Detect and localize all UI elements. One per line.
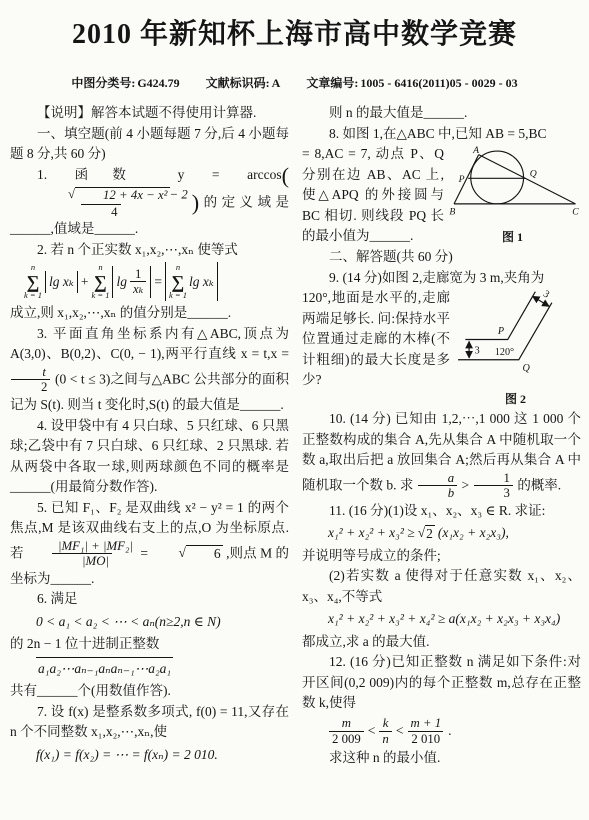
abs-term-1: lg xₖ <box>45 271 78 294</box>
p1-fraction: √12 + 4x − x²− 24 <box>11 187 191 220</box>
corridor-figure: 3 3 120° P Q <box>454 288 578 380</box>
problem-9-text: 120°,地面是水平的,走廊两端足够长. 问:保持水平位置通过走廊的木棒(不计粗… <box>302 288 450 391</box>
sum-lower: k = 1 <box>91 291 109 300</box>
lhs: x₁² + x₂² + x₃² ≥ <box>328 523 415 544</box>
summation: n∑k = 1 <box>24 263 42 300</box>
less-than-sign: < <box>368 721 376 742</box>
problem-11-inequality-2: x₁² + x₂² + x₃² + x₄² ≥ a(x₁x₂ + x₂x₃ + … <box>302 609 581 630</box>
clc-value: G424.79 <box>137 76 179 90</box>
left-paren: ( <box>282 163 289 188</box>
clc-label: 中图分类号: <box>71 76 135 90</box>
problem-7: 7. 设 f(x) 是整系数多项式, f(0) = 11,又存在 n 个不同整数… <box>10 702 289 743</box>
problem-6-condition: 0 < a₁ < a₂ < ⋯ < aₙ(n≥2,n ∈ N) <box>10 612 289 633</box>
label-P: P <box>457 174 464 185</box>
circumcircle <box>470 151 523 204</box>
p5-fraction: |MF₁| + |MF₂||MO| <box>28 539 136 569</box>
right-column: 则 n 的最大值是______. 8. 如图 1,在△ABC 中,已知 AB =… <box>302 103 581 769</box>
problem-11-text-b: 并说明等号成立的条件; <box>302 546 581 567</box>
problem-7-continuation: 则 n 的最大值是______. <box>302 103 581 124</box>
width-label-horizontal: 3 <box>474 345 479 356</box>
sum-lower: k = 1 <box>24 291 42 300</box>
summation: n∑k = 1 <box>169 263 187 300</box>
problem-11-text-e: 都成立,求 a 的最大值. <box>302 632 581 653</box>
label-Q: Q <box>529 169 536 180</box>
p10-fraction-third: 13 <box>474 471 513 501</box>
sigma-symbol: ∑ <box>172 273 185 291</box>
period: . <box>448 721 451 742</box>
side-AC <box>478 155 575 204</box>
sigma-symbol: ∑ <box>94 273 107 291</box>
radicand: 12 + 4x − x² <box>75 187 169 204</box>
problem-2-formula: n∑k = 1 lg xₖ + n∑k = 1 lg1xₖ = n∑k = 1l… <box>10 262 289 301</box>
denominator: xₖ <box>130 281 146 297</box>
numerator: t <box>12 365 49 380</box>
problem-3: 3. 平面直角坐标系内有△ABC,顶点为 A(3,0)、B(0,2)、C(0, … <box>10 324 289 416</box>
problem-6-text-c: 共有______个(用数值作答). <box>10 681 289 702</box>
less-than-sign: < <box>396 721 404 742</box>
radicand: 6 <box>186 545 223 563</box>
p10-text-b: 的概率. <box>517 477 561 492</box>
p3-text-b: (0 < t ≤ 3)之间与△ABC 公共部分的面积记为 S(t). 则当 t … <box>10 371 289 412</box>
lg-symbol: lg <box>116 272 127 293</box>
numerator: |MF₁| + |MF₂| <box>28 539 136 554</box>
numerator: 1 <box>474 471 513 486</box>
angle-label: 120° <box>494 347 513 358</box>
denominator: 2 <box>11 379 50 395</box>
p1-num-tail: − 2 <box>170 187 188 201</box>
denominator: 2 010 <box>408 731 443 747</box>
reciprocal-fraction: 1xₖ <box>130 267 146 297</box>
denominator: 2 009 <box>329 731 364 747</box>
label-A: A <box>472 145 479 156</box>
plus-sign: + <box>81 272 89 293</box>
problem-12-inequality: m2 009 < kn < m + 12 010 . <box>302 716 581 746</box>
page-title: 2010 年新知杯上海市高中数学竞赛 <box>0 0 589 52</box>
figure-2: 3 3 120° P Q 图 2 <box>450 288 581 409</box>
sum-lower: k = 1 <box>169 291 187 300</box>
problem-7-equation: f(x₁) = f(x₂) = ⋯ = f(xₙ) = 2 010. <box>10 745 289 766</box>
figure-2-caption: 图 2 <box>450 389 581 410</box>
denominator: n <box>379 731 391 747</box>
triangle-circle-figure: A B C P Q <box>447 144 579 218</box>
abs-term-3: n∑k = 1lg xₖ <box>165 262 218 301</box>
side-AB <box>454 155 479 204</box>
denominator: b <box>418 485 457 501</box>
section-2-heading: 二、解答题(共 60 分) <box>302 247 581 268</box>
problem-8-text: = 8,AC = 7, 动点 P、Q 分别在边 AB、AC 上,使△APQ 的外… <box>302 144 444 247</box>
p1-denominator: 4 <box>81 204 120 220</box>
p1-post: 的 <box>199 194 221 209</box>
problem-6-number: a₁a₂⋯aₙ₋₁aₙaₙ₋₁⋯a₂a₁ <box>10 657 289 680</box>
figure-1: A B C P Q 图 1 <box>444 144 581 247</box>
label-C: C <box>572 206 579 217</box>
problem-2-tail: 成立,则 x₁,x₂,⋯,xₙ 的值分别是______. <box>10 303 289 324</box>
p10-fraction-ab: ab <box>418 471 457 501</box>
doc-code-value: A <box>272 76 281 90</box>
fraction-k-n: kn <box>379 716 391 746</box>
problem-5: 5. 已知 F₁、F₂ 是双曲线 x² − y² = 1 的两个焦点,M 是该双… <box>10 498 289 590</box>
problem-11-inequality-1: x₁² + x₂² + x₃² ≥ √2 (x₁x₂ + x₂x₃), <box>302 523 581 544</box>
fraction-m-2009: m2 009 <box>329 716 364 746</box>
label-P: P <box>496 326 503 337</box>
denominator: 3 <box>474 485 513 501</box>
problem-12: 12. (16 分)已知正整数 n 满足如下条件:对开区间(0,2 009)内的… <box>302 652 581 714</box>
p3-text-a: 3. 平面直角坐标系内有△ABC,顶点为 A(3,0)、B(0,2)、C(0, … <box>10 326 289 362</box>
radical-sign: √ <box>41 187 75 202</box>
radicand: 2 <box>425 525 435 543</box>
doc-code-label: 文献标识码: <box>206 76 270 90</box>
problem-6-text-b: 的 2n − 1 位十进制正整数 <box>10 634 289 655</box>
width-label-slanted: 3 <box>541 289 551 301</box>
p1-numerator: √12 + 4x − x²− 2 <box>11 187 191 204</box>
article-meta: 中图分类号:G424.79文献标识码:A文章编号:1005 - 6416(201… <box>0 74 589 91</box>
numerator: 1 <box>132 267 144 282</box>
problem-10: 10. (14 分) 已知由 1,2,⋯,1 000 这 1 000 个正整数构… <box>302 409 581 501</box>
radical-sign: √ <box>418 525 425 541</box>
term-3-body: lg xₖ <box>189 272 214 293</box>
rhs: (x₁x₂ + x₂x₃), <box>438 523 509 544</box>
left-column: 【说明】解答本试题不得使用计算器. 一、填空题(前 4 小题每题 7 分,后 4… <box>10 103 289 769</box>
numerator: m <box>339 716 354 731</box>
abs-term-2: lg1xₖ <box>112 266 151 298</box>
sigma-symbol: ∑ <box>27 273 40 291</box>
denominator: |MO| <box>52 553 112 569</box>
equals-sign: = <box>140 545 148 560</box>
p3-fraction: t2 <box>11 365 50 395</box>
article-id-value: 1005 - 6416(2011)05 - 0029 - 03 <box>360 76 517 90</box>
sqrt-expression: √12 + 4x − x² <box>41 187 170 204</box>
problem-12-text-b: 求这种 n 的最小值. <box>302 748 581 769</box>
greater-than-sign: > <box>462 477 470 492</box>
sqrt-two: √2 <box>418 525 435 543</box>
two-column-body: 【说明】解答本试题不得使用计算器. 一、填空题(前 4 小题每题 7 分,后 4… <box>0 91 589 769</box>
figure-1-caption: 图 1 <box>444 227 581 248</box>
problem-9-line1: 9. (14 分)如图 2,走廊宽为 3 m,夹角为 <box>302 268 581 289</box>
exam-note: 【说明】解答本试题不得使用计算器. <box>10 103 289 124</box>
problem-2: 2. 若 n 个正实数 x₁,x₂,⋯,xₙ 使等式 <box>10 240 289 261</box>
problem-1: 1. 函数 y = arccos(√12 + 4x − x²− 24)的定义域是… <box>10 165 289 240</box>
fraction-m1-2010: m + 12 010 <box>407 716 444 746</box>
numerator: a <box>418 471 457 486</box>
equals-sign: = <box>154 272 162 293</box>
summation: n∑k = 1 <box>91 263 109 300</box>
sqrt-six: √6 <box>151 545 222 563</box>
p1-lead: 1. 函数 y = arccos <box>37 167 282 182</box>
problem-6: 6. 满足 <box>10 589 289 610</box>
problem-9-row: 120°,地面是水平的,走廊两端足够长. 问:保持水平位置通过走廊的木棒(不计粗… <box>302 288 581 409</box>
radical-sign: √ <box>151 545 185 561</box>
overlined-digits: a₁a₂⋯aₙ₋₁aₙaₙ₋₁⋯a₂a₁ <box>36 657 173 680</box>
problem-4: 4. 设甲袋中有 4 只白球、5 只红球、6 只黑球;乙袋中有 7 只白球、6 … <box>10 416 289 498</box>
label-B: B <box>449 206 455 217</box>
problem-11-part-2: (2)若实数 a 使得对于任意实数 x₁、x₂、x₃、x₄,不等式 <box>302 566 581 607</box>
section-1-heading: 一、填空题(前 4 小题每题 7 分,后 4 小题每题 8 分,共 60 分) <box>10 124 289 165</box>
journal-page: 2010 年新知杯上海市高中数学竞赛 中图分类号:G424.79文献标识码:A文… <box>0 0 589 820</box>
problem-8-row: = 8,AC = 7, 动点 P、Q 分别在边 AB、AC 上,使△APQ 的外… <box>302 144 581 247</box>
article-id-label: 文章编号: <box>306 76 358 90</box>
numerator: k <box>380 716 392 731</box>
label-Q: Q <box>522 363 530 374</box>
numerator: m + 1 <box>407 716 444 731</box>
problem-11: 11. (16 分)(1)设 x₁、x₂、x₃ ∈ R. 求证: <box>302 501 581 522</box>
problem-8-line1: 8. 如图 1,在△ABC 中,已知 AB = 5,BC <box>302 124 581 145</box>
